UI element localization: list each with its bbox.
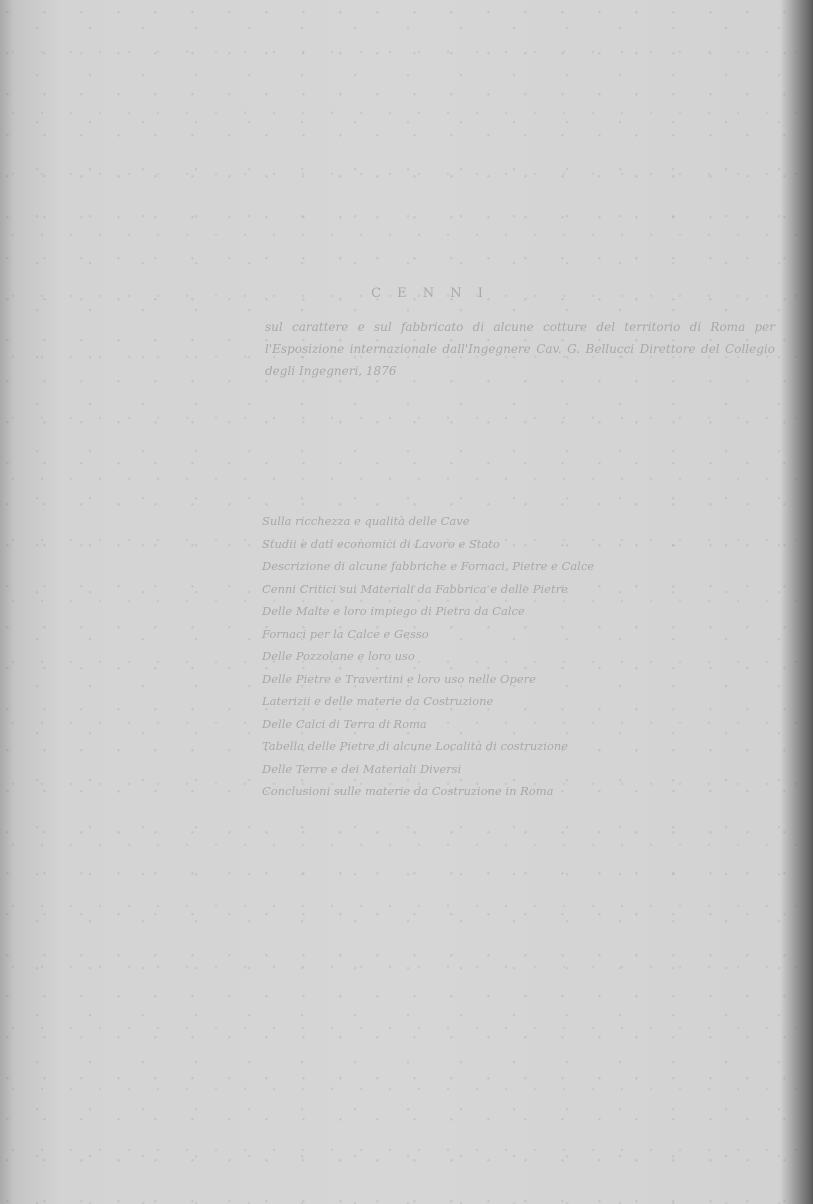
- list-item: Laterizii e delle materie da Costruzione: [262, 690, 782, 713]
- intro-paragraph: sul carattere e sul fabbricato di alcune…: [265, 316, 775, 382]
- list-item: Studii e dati economici di Lavoro e Stat…: [262, 533, 782, 556]
- list-item: Sulla ricchezza e qualità delle Cave: [262, 510, 782, 533]
- page-heading: C E N N I: [330, 286, 530, 301]
- list-item: Delle Terre e dei Materiali Diversi: [262, 758, 782, 781]
- list-item: Delle Pietre e Travertini e loro uso nel…: [262, 668, 782, 691]
- contents-list: Sulla ricchezza e qualità delle Cave Stu…: [262, 510, 782, 803]
- list-item: Descrizione di alcune fabbriche e Fornac…: [262, 555, 782, 578]
- list-item: Tabella delle Pietre di alcune Località …: [262, 735, 782, 758]
- list-item: Cenni Critici sui Materiali da Fabbrica …: [262, 578, 782, 601]
- list-item: Delle Malte e loro impiego di Pietra da …: [262, 600, 782, 623]
- list-item: Conclusioni sulle materie da Costruzione…: [262, 780, 782, 803]
- list-item: Fornaci per la Calce e Gesso: [262, 623, 782, 646]
- list-item: Delle Calci di Terra di Roma: [262, 713, 782, 736]
- scanned-page: C E N N I sul carattere e sul fabbricato…: [0, 0, 813, 1204]
- list-item: Delle Pozzolane e loro uso: [262, 645, 782, 668]
